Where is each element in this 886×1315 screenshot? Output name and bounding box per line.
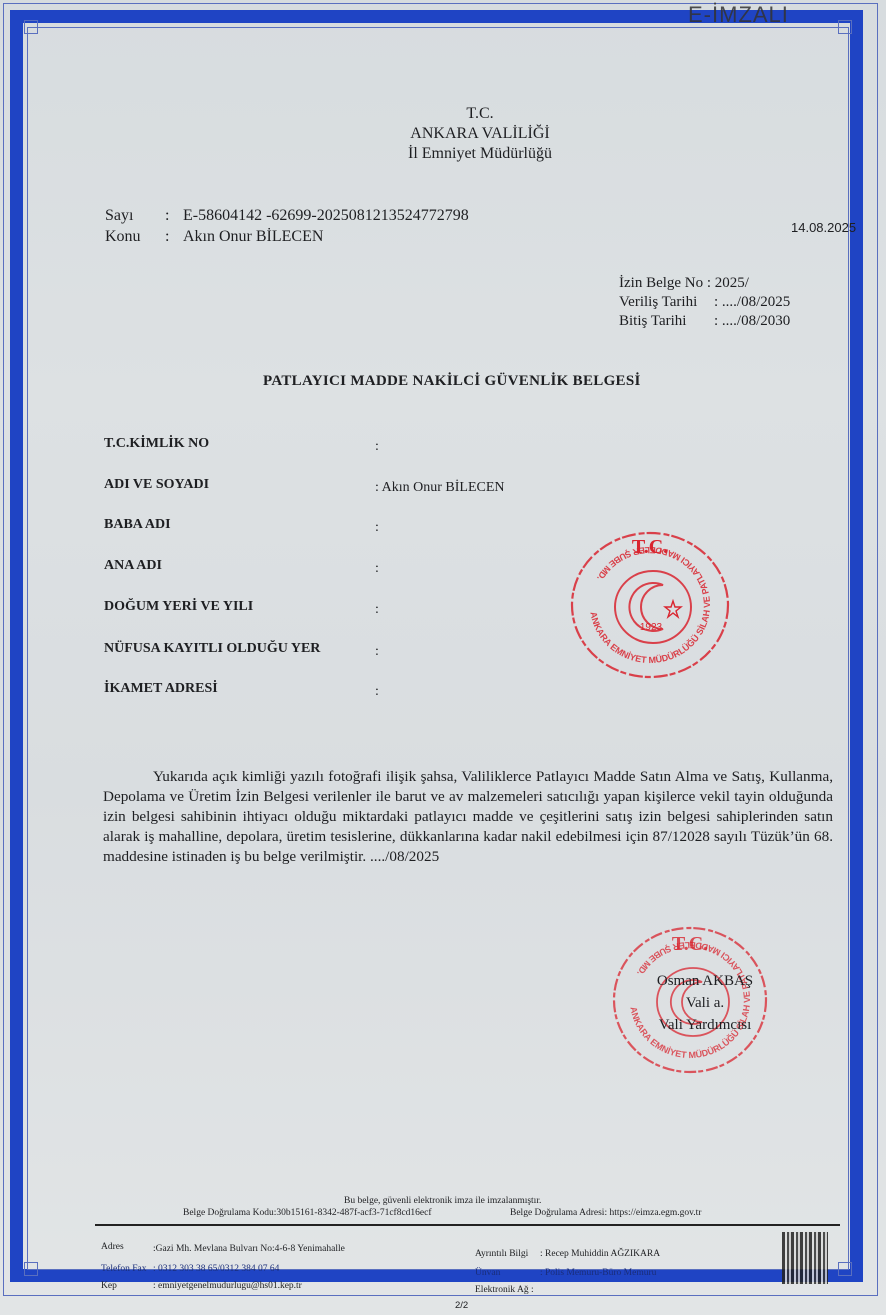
border-corner-ornament [24,20,38,34]
signatory-on-behalf: Vali a. [630,992,780,1014]
field-value: : [375,439,379,455]
footer-divider [95,1224,840,1226]
address-value: :Gazi Mh. Mevlana Bulvarı No:4-6-8 Yenim… [153,1244,345,1254]
document-date: 14.08.2025 [791,220,856,235]
kep-address: : emniyetgenelmudurlugu@hs01.kep.tr [153,1281,302,1291]
verification-address: Belge Doğrulama Adresi: https://eimza.eg… [510,1208,701,1218]
header-governorship: ANKARA VALİLİĞİ [300,124,660,144]
permit-number-row: İzin Belge No : 2025/ [619,274,790,293]
subject-row: Konu:Akın Onur BİLECEN [105,228,323,246]
field-label: ANA ADI [104,558,162,574]
kep-label: Kep [101,1281,117,1291]
border-corner-ornament [838,1262,852,1276]
field-value: : [375,520,379,536]
field-value: : [375,561,379,577]
field-value: : Akın Onur BİLECEN [375,480,505,496]
page-number: 2/2 [455,1300,468,1311]
issue-date-row: Veriliş Tarihi: ..../08/2025 [619,293,790,312]
field-value: : [375,602,379,618]
esign-note: Bu belge, güvenli elektronik imza ile im… [344,1196,541,1206]
signature-block: Osman AKBAŞ Vali a. Vali Yardımcısı [630,970,780,1036]
document-title: PATLAYICI MADDE NAKİLCİ GÜVENLİK BELGESİ [263,373,641,390]
reference-number-row: Sayı:E-58604142 -62699-20250812135247727… [105,207,469,225]
signatory-title: Vali Yardımcısı [630,1014,780,1036]
permit-info: İzin Belge No : 2025/ Veriliş Tarihi: ..… [619,274,790,331]
reference-label: Sayı [105,207,165,225]
qr-code[interactable] [782,1232,828,1284]
body-paragraph: Yukarıda açık kimliği yazılı fotoğrafi i… [103,767,833,867]
border-corner-ornament [838,20,852,34]
header-directorate: İl Emniyet Müdürlüğü [300,144,660,164]
phone-fax-label: Telefon Fax [101,1264,147,1274]
electronic-network-label: Elektronik Ağ : [475,1285,534,1295]
signatory-name: Osman AKBAŞ [630,970,780,992]
subject-value: Akın Onur BİLECEN [183,228,323,245]
field-value: : [375,644,379,660]
field-value: : [375,684,379,700]
svg-text:1923: 1923 [640,622,663,633]
title-value: : Polis Memuru-Büro Memuru [540,1268,656,1278]
field-label: BABA ADI [104,517,171,533]
contact-value: : Recep Muhiddin AĞZIKARA [540,1249,660,1259]
title-label: Ünvan [475,1268,500,1278]
verification-code: Belge Doğrulama Kodu:30b15161-8342-487f-… [183,1208,432,1218]
letterhead: T.C. ANKARA VALİLİĞİ İl Emniyet Müdürlüğ… [300,104,660,164]
subject-label: Konu [105,228,165,246]
contact-label: Ayrıntılı Bilgi [475,1249,528,1259]
field-label: T.C.KİMLİK NO [104,436,209,452]
address-label: Adres [101,1242,124,1252]
field-label: ADI VE SOYADI [104,477,209,493]
svg-text:ANKARA EMNİYET MÜDÜRLÜĞÜ SİLAH: ANKARA EMNİYET MÜDÜRLÜĞÜ SİLAH VE PATLAY… [588,545,712,665]
border-corner-ornament [24,1262,38,1276]
field-label: DOĞUM YERİ VE YILI [104,599,253,615]
field-label: İKAMET ADRESİ [104,681,218,697]
verification-url[interactable]: https://eimza.egm.gov.tr [609,1208,701,1218]
reference-number: E-58604142 -62699-2025081213524772798 [183,207,469,224]
field-label: NÜFUSA KAYITLI OLDUĞU YER [104,641,320,657]
header-tc: T.C. [300,104,660,124]
official-seal-stamp: T.C. 1923 ANKARA EMNİYET MÜDÜRLÜĞÜ SİLAH… [565,525,735,685]
e-signed-watermark: E-İMZALI [688,2,789,28]
phone-fax-value: : 0312 303 38 65/0312 384 07 64 [153,1264,279,1274]
expiry-date-row: Bitiş Tarihi: ..../08/2030 [619,312,790,331]
